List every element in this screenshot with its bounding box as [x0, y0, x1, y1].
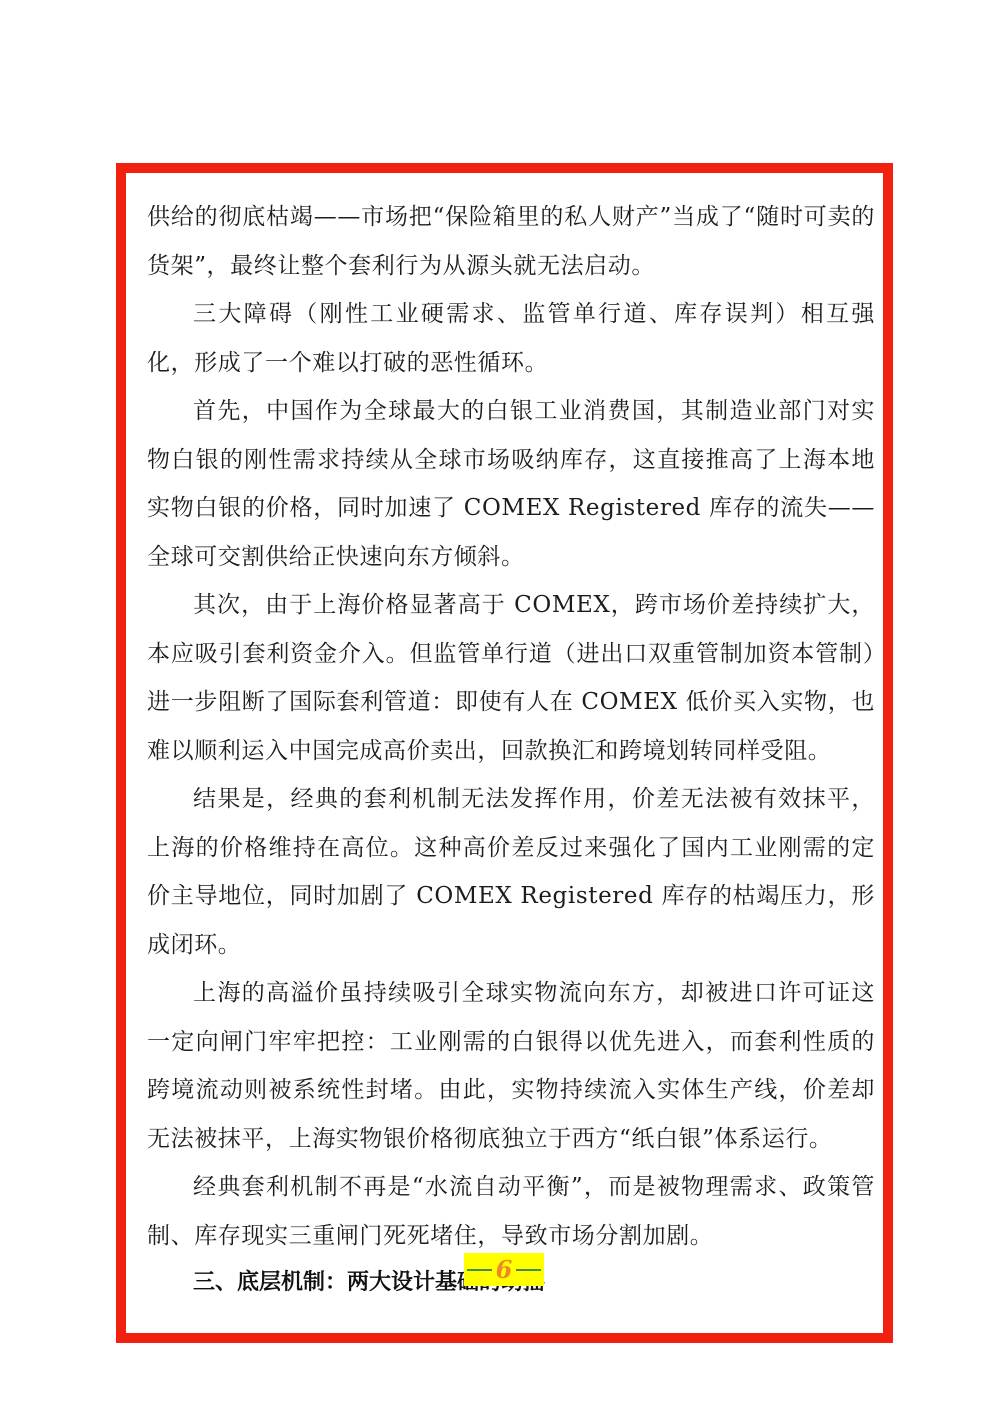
dash-right-decoration: [516, 1269, 541, 1271]
paragraph-5: 结果是，经典的套利机制无法发挥作用，价差无法被有效抹平，上海的价格维持在高位。这…: [147, 775, 875, 969]
paragraph-6: 上海的高溢价虽持续吸引全球实物流向东方，却被进口许可证这一定向闸门牢牢把控：工业…: [147, 969, 875, 1163]
paragraph-7: 经典套利机制不再是“水流自动平衡”，而是被物理需求、政策管制、库存现实三重闸门死…: [147, 1163, 875, 1260]
document-body: 供给的彻底枯竭——市场把“保险箱里的私人财产”当成了“随时可卖的货架”，最终让整…: [147, 193, 875, 1306]
page-number: 6: [496, 1258, 513, 1282]
page-border-frame: 供给的彻底枯竭——市场把“保险箱里的私人财产”当成了“随时可卖的货架”，最终让整…: [116, 163, 893, 1343]
paragraph-4: 其次，由于上海价格显著高于 COMEX，跨市场价差持续扩大，本应吸引套利资金介入…: [147, 581, 875, 775]
dash-left-decoration: [467, 1269, 492, 1271]
paragraph-2: 三大障碍（刚性工业硬需求、监管单行道、库存误判）相互强化，形成了一个难以打破的恶…: [147, 290, 875, 387]
paragraph-1: 供给的彻底枯竭——市场把“保险箱里的私人财产”当成了“随时可卖的货架”，最终让整…: [147, 193, 875, 290]
page-number-badge: 6: [464, 1253, 544, 1286]
paragraph-3: 首先，中国作为全球最大的白银工业消费国，其制造业部门对实物白银的刚性需求持续从全…: [147, 387, 875, 581]
